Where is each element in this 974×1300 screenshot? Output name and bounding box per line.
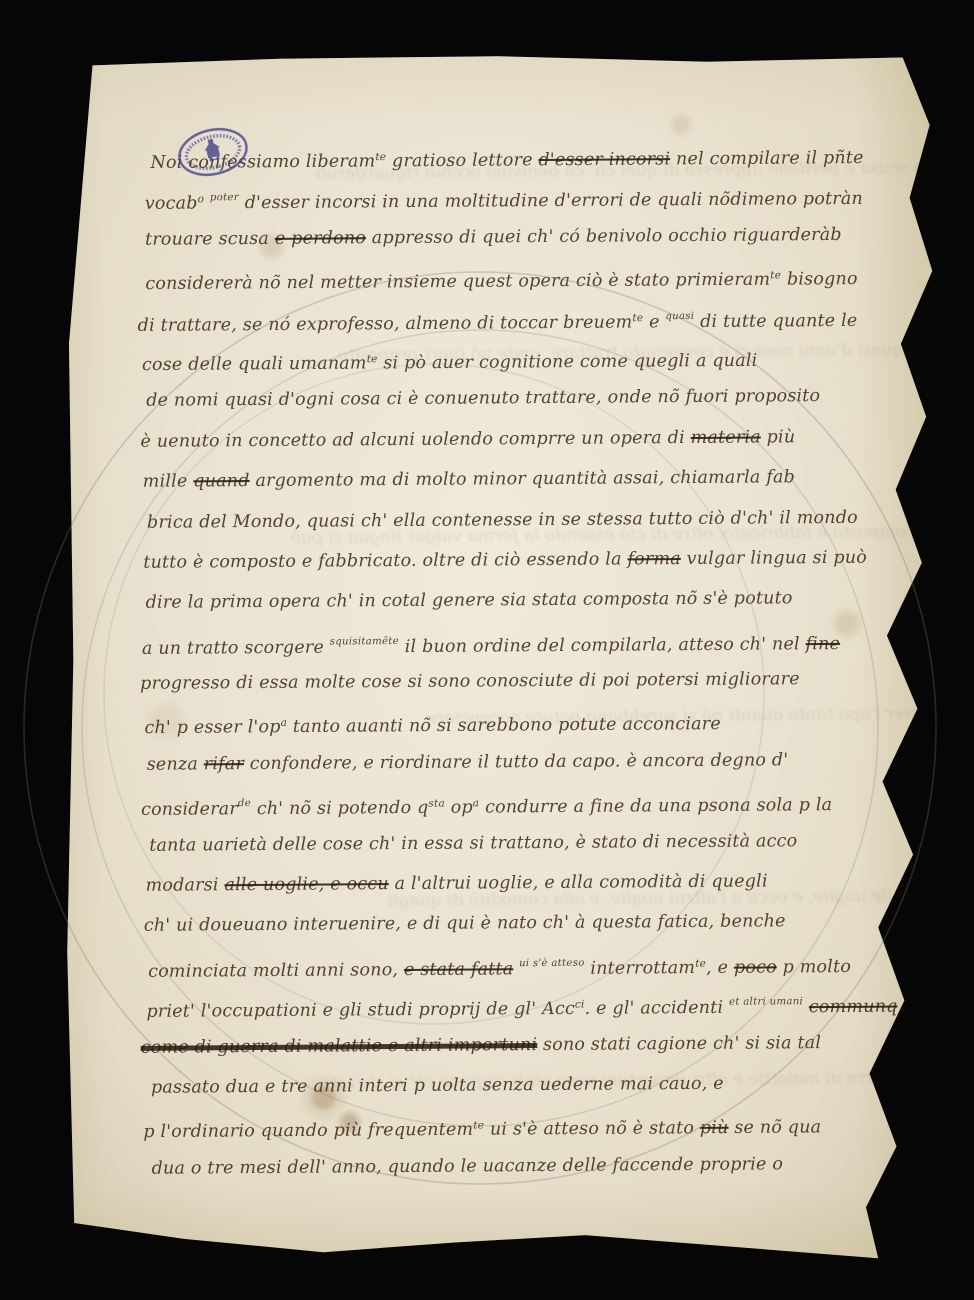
manuscript-line: brica del Mondo, quasi ch' ella contenes… bbox=[147, 497, 937, 543]
manuscript-line: è uenuto in concetto ad alcuni uolendo c… bbox=[140, 416, 936, 462]
manuscript-line: cose delle quali umanamte si pò auer cog… bbox=[142, 335, 936, 381]
manuscript-line: cominciata molti anni sono, e stata fatt… bbox=[148, 941, 940, 987]
manuscript-line: passato dua e tre anni interi p uolta se… bbox=[151, 1062, 941, 1108]
manuscript-page: trouare scusa e perdono appresso di quei… bbox=[62, 52, 934, 1268]
manuscript-line: considererà nõ nel metter insieme quest … bbox=[145, 254, 935, 300]
manuscript-line: dire la prima opera ch' in cotal genere … bbox=[145, 578, 937, 624]
manuscript-text: Noi confessiamo liberamte gratioso letto… bbox=[144, 133, 941, 1189]
manuscript-line: di trattare, se nó exprofesso, almeno di… bbox=[137, 295, 935, 341]
manuscript-line: Noi confessiamo liberamte gratioso letto… bbox=[150, 133, 934, 179]
manuscript-line: vocabo poter d'esser incorsi in una molt… bbox=[145, 174, 935, 220]
manuscript-line: modarsi alle uoglie, e occu a l'altrui u… bbox=[145, 860, 939, 906]
manuscript-line: trouare scusa e perdono appresso di quei… bbox=[145, 214, 935, 260]
manuscript-line: dua o tre mesi dell' anno, quando le uac… bbox=[151, 1143, 941, 1189]
manuscript-line: p l'ordinario quando più frequentemte ui… bbox=[143, 1103, 941, 1149]
manuscript-line: progresso di essa molte cose si sono con… bbox=[140, 658, 938, 704]
manuscript-line: tutto è composto e fabbricato. oltre di … bbox=[143, 537, 937, 583]
page-number: 1 bbox=[930, 121, 948, 148]
manuscript-line: de nomi quasi d'ogni cosa ci è conuenuto… bbox=[146, 376, 936, 422]
manuscript-line: come di guerra di malattie e altri impor… bbox=[141, 1022, 941, 1068]
manuscript-line: senza rifar confondere, e riordinare il … bbox=[147, 739, 939, 785]
manuscript-line: priet' l'occupationi e gli studi proprij… bbox=[146, 981, 940, 1027]
manuscript-line: a un tratto scorgere squisitamẽte il buo… bbox=[142, 618, 938, 664]
manuscript-line: tanta uarietà delle cose ch' in essa si … bbox=[149, 820, 939, 866]
manuscript-line: considerarde ch' nõ si potendo qsta opa … bbox=[141, 779, 939, 825]
manuscript-line: mille quand argomento ma di molto minor … bbox=[143, 456, 937, 502]
photo-background: trouare scusa e perdono appresso di quei… bbox=[0, 0, 974, 1300]
manuscript-line: ch' p esser l'opa tanto auanti nõ si sar… bbox=[144, 699, 938, 745]
manuscript-line: ch' ui doueuano interuenire, e di qui è … bbox=[144, 901, 940, 947]
